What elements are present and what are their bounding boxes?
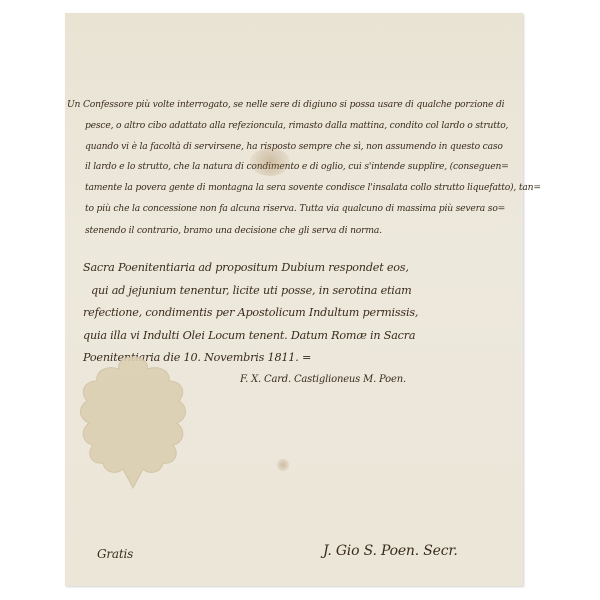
manuscript-page: Un Confessore più volte interrogato, se … (65, 13, 523, 586)
italian-line-3: quando vi è la facoltà di servirsene, ha… (85, 141, 503, 152)
secretary-signature: J. Gio S. Poen. Secr. (323, 543, 458, 559)
italian-line-7: stenendo il contrario, bramo una decisio… (85, 225, 382, 236)
ink-stain (250, 148, 290, 176)
italian-line-4: il lardo e lo strutto, che la natura di … (85, 161, 509, 172)
gratis-note: Gratis (97, 547, 133, 561)
embossed-seal-icon (77, 355, 189, 490)
latin-line-4: quia illa vi Indulti Olei Locum tenent. … (83, 329, 415, 342)
spot (277, 459, 289, 471)
italian-line-5: tamente la povera gente di montagna la s… (85, 182, 541, 193)
latin-line-1: Sacra Poenitentiaria ad propositum Dubiu… (83, 261, 409, 274)
italian-line-6: to più che la concessione non fa alcuna … (85, 203, 505, 214)
italian-line-2: pesce, o altro cibo adattato alla refezi… (85, 120, 508, 131)
latin-line-3: refectione, condimentis per Apostolicum … (83, 306, 418, 319)
latin-line-2: qui ad jejunium tenentur, licite uti pos… (91, 284, 412, 297)
cardinal-signature: F. X. Card. Castiglioneus M. Poen. (240, 374, 406, 385)
italian-line-1: Un Confessore più volte interrogato, se … (67, 99, 504, 110)
